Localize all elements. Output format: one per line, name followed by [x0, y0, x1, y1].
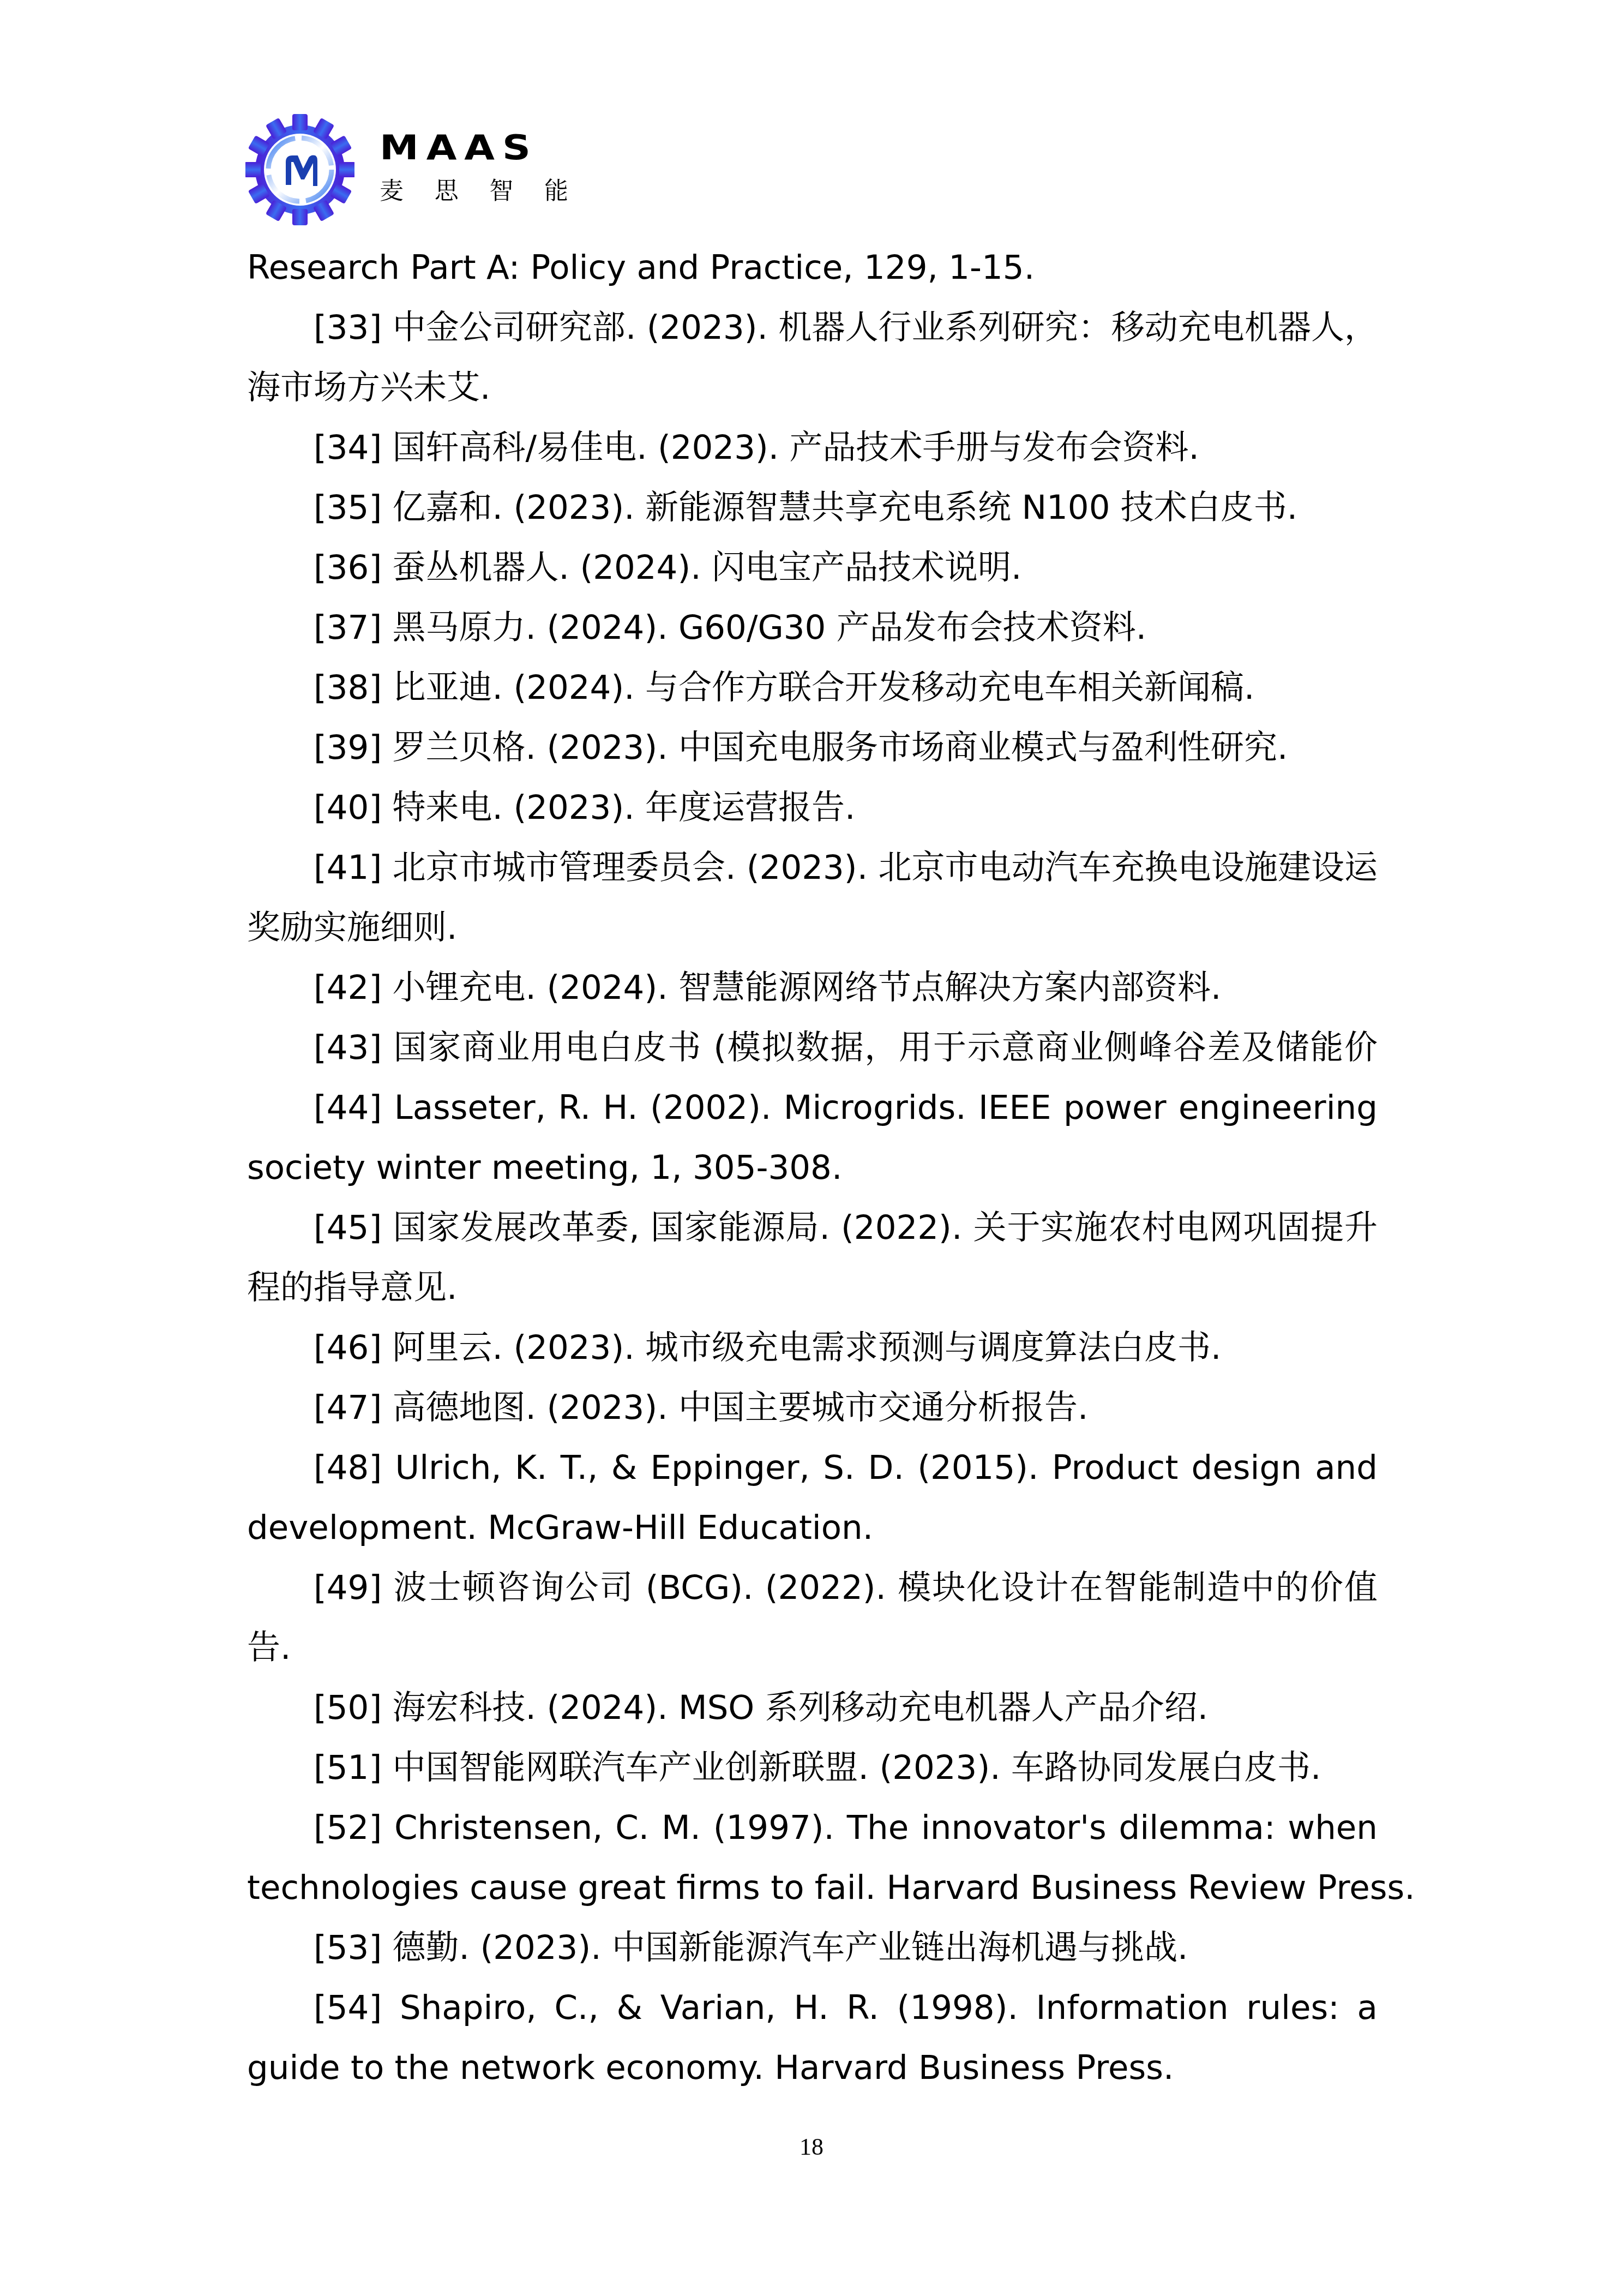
reference-line: 海市场方兴未艾.: [247, 358, 1378, 418]
logo-char: 能: [544, 178, 568, 205]
reference-line: [43] 国家商业用电白皮书 (模拟数据，用于示意商业侧峰谷差及储能价值).: [247, 1018, 1378, 1078]
reference-line: [53] 德勤. (2023). 中国新能源汽车产业链出海机遇与挑战.: [247, 1918, 1378, 1978]
reference-line: 奖励实施细则.: [247, 898, 1378, 958]
reference-line: [33] 中金公司研究部. (2023). 机器人行业系列研究：移动充电机器人，…: [247, 298, 1378, 358]
reference-line: [47] 高德地图. (2023). 中国主要城市交通分析报告.: [247, 1378, 1378, 1438]
logo-wordmark: MAAS: [380, 133, 568, 162]
reference-line: guide to the network economy. Harvard Bu…: [247, 2038, 1378, 2098]
reference-line: 告.: [247, 1618, 1378, 1678]
logo-char: 思: [435, 178, 459, 205]
reference-line: [54] Shapiro, C., & Varian, H. R. (1998)…: [247, 1978, 1378, 2038]
reference-line: [52] Christensen, C. M. (1997). The inno…: [247, 1798, 1378, 1858]
reference-line: society winter meeting, 1, 305-308.: [247, 1138, 1378, 1198]
reference-list: Research Part A: Policy and Practice, 12…: [247, 238, 1378, 2098]
reference-line: development. McGraw-Hill Education.: [247, 1498, 1378, 1558]
reference-line: [41] 北京市城市管理委员会. (2023). 北京市电动汽车充换电设施建设运…: [247, 838, 1378, 898]
reference-line: [49] 波士顿咨询公司 (BCG). (2022). 模块化设计在智能制造中的…: [247, 1558, 1378, 1618]
logo-char: 智: [489, 178, 513, 205]
reference-line: technologies cause great firms to fail. …: [247, 1858, 1378, 1918]
reference-line: [35] 亿嘉和. (2023). 新能源智慧共享充电系统 N100 技术白皮书…: [247, 478, 1378, 538]
reference-line: [42] 小锂充电. (2024). 智慧能源网络节点解决方案内部资料.: [247, 958, 1378, 1018]
page-number: 18: [0, 2132, 1623, 2162]
reference-line: [39] 罗兰贝格. (2023). 中国充电服务市场商业模式与盈利性研究.: [247, 718, 1378, 778]
reference-line: [40] 特来电. (2023). 年度运营报告.: [247, 778, 1378, 838]
reference-line: 程的指导意见.: [247, 1258, 1378, 1318]
reference-line: [38] 比亚迪. (2024). 与合作方联合开发移动充电车相关新闻稿.: [247, 658, 1378, 718]
reference-line: [51] 中国智能网联汽车产业创新联盟. (2023). 车路协同发展白皮书.: [247, 1738, 1378, 1798]
reference-line: [48] Ulrich, K. T., & Eppinger, S. D. (2…: [247, 1438, 1378, 1498]
logo-char: 麦: [380, 178, 404, 205]
gear-m-logo-icon: [245, 113, 354, 226]
reference-line: Research Part A: Policy and Practice, 12…: [247, 238, 1378, 298]
reference-line: [34] 国轩高科/易佳电. (2023). 产品技术手册与发布会资料.: [247, 418, 1378, 478]
reference-line: [45] 国家发展改革委, 国家能源局. (2022). 关于实施农村电网巩固提…: [247, 1198, 1378, 1258]
reference-line: [44] Lasseter, R. H. (2002). Microgrids.…: [247, 1078, 1378, 1138]
reference-line: [36] 蚕丛机器人. (2024). 闪电宝产品技术说明.: [247, 538, 1378, 598]
company-logo: MAAS 麦 思 智 能: [245, 113, 584, 226]
reference-line: [37] 黑马原力. (2024). G60/G30 产品发布会技术资料.: [247, 598, 1378, 658]
reference-line: [50] 海宏科技. (2024). MSO 系列移动充电机器人产品介绍.: [247, 1678, 1378, 1738]
reference-line: [46] 阿里云. (2023). 城市级充电需求预测与调度算法白皮书.: [247, 1318, 1378, 1378]
logo-chinese-name: 麦 思 智 能: [380, 178, 568, 205]
